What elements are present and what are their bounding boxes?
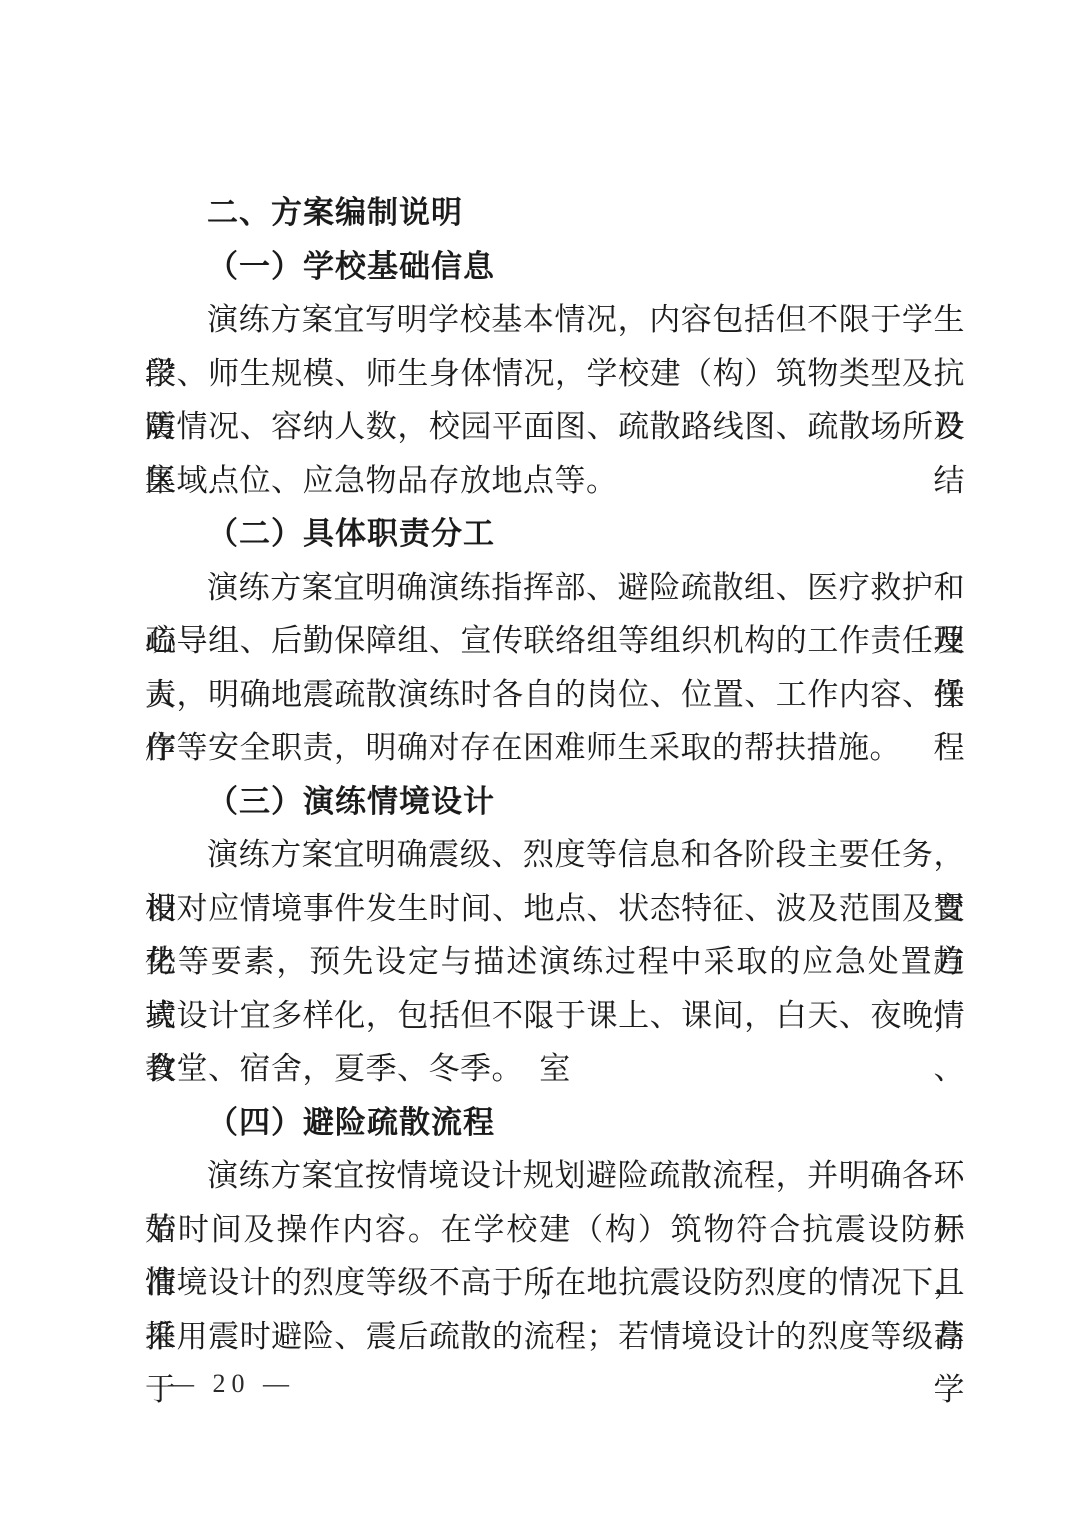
subsection-heading-2: （二）具体职责分工 — [145, 507, 965, 561]
paragraph-line: 情境设计的烈度等级不高于所在地抗震设防烈度的情况下，推荐 — [145, 1256, 965, 1310]
paragraph-line: 疏导组、后勤保障组、宣传联络组等组织机构的工作责任及责任 — [145, 614, 965, 668]
paragraph-line: 势等要素，预先设定与描述演练过程中采取的应急处置方式。情 — [145, 935, 965, 989]
page-number: — 20 — — [168, 1368, 295, 1400]
paragraph-line: 防情况、容纳人数，校园平面图、疏散路线图、疏散场所及集结 — [145, 400, 965, 454]
paragraph-line: 演练方案宜按情境设计规划避险疏散流程，并明确各环节开 — [145, 1149, 965, 1203]
paragraph-line: 演练方案宜明确演练指挥部、避险疏散组、医疗救护和心理 — [145, 561, 965, 615]
paragraph-line: 始时间及操作内容。在学校建（构）筑物符合抗震设防标准，且 — [145, 1203, 965, 1257]
section-heading: 二、方案编制说明 — [145, 186, 965, 240]
paragraph-line: 演练方案宜明确震级、烈度等信息和各阶段主要任务，设置 — [145, 828, 965, 882]
document-page: 二、方案编制说明 （一）学校基础信息 演练方案宜写明学校基本情况，内容包括但不限… — [0, 0, 1080, 1527]
subsection-heading-3: （三）演练情境设计 — [145, 775, 965, 829]
paragraph-line: 段、师生规模、师生身体情况，学校建（构）筑物类型及抗震设 — [145, 347, 965, 401]
subsection-heading-4: （四）避险疏散流程 — [145, 1096, 965, 1150]
paragraph-line: 相对应情境事件发生时间、地点、状态特征、波及范围及变化趋 — [145, 882, 965, 936]
paragraph-line: 人，明确地震疏散演练时各自的岗位、位置、工作内容、操作程 — [145, 668, 965, 722]
paragraph-line: 演练方案宜写明学校基本情况，内容包括但不限于学生学 — [145, 293, 965, 347]
paragraph-line: 采用震时避险、震后疏散的流程；若情境设计的烈度等级高于学 — [145, 1310, 965, 1364]
paragraph-line: 序等安全职责，明确对存在困难师生采取的帮扶措施。 — [145, 721, 965, 775]
document-body: 二、方案编制说明 （一）学校基础信息 演练方案宜写明学校基本情况，内容包括但不限… — [145, 186, 965, 1363]
paragraph-line: 境设计宜多样化，包括但不限于课上、课间，白天、夜晚，教室、 — [145, 989, 965, 1043]
subsection-heading-1: （一）学校基础信息 — [145, 240, 965, 294]
